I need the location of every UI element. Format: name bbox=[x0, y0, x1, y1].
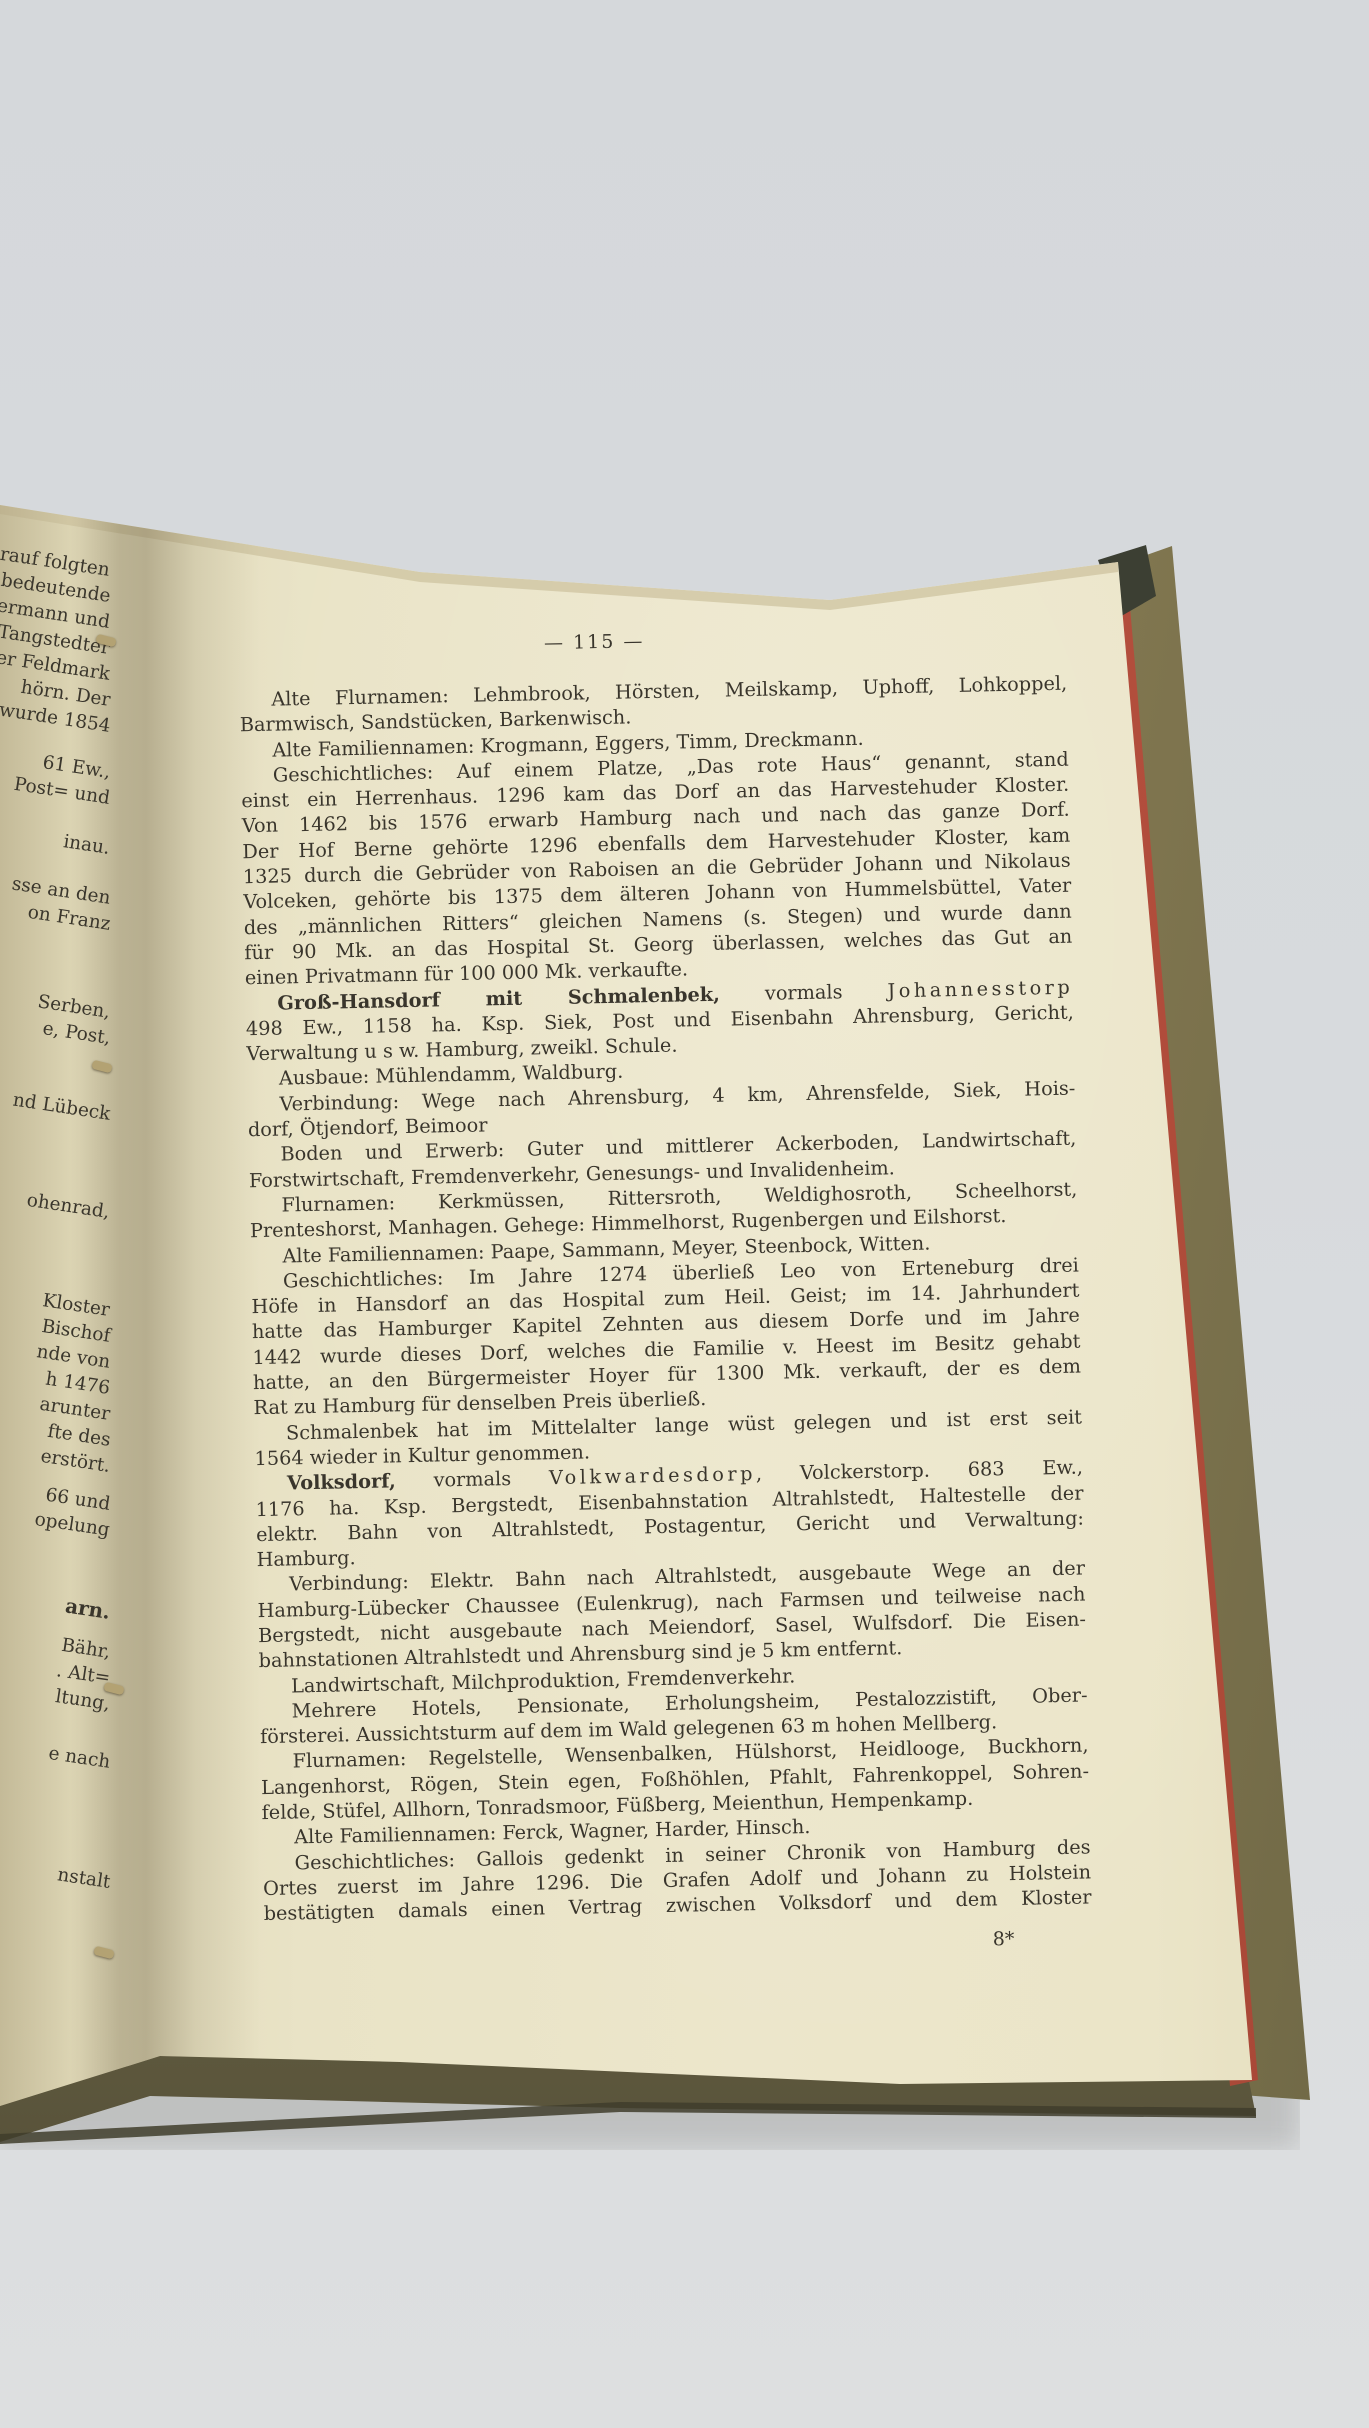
left-page-text-fragment: Bähr, bbox=[60, 1635, 112, 1663]
left-page-text-fragment: e nach bbox=[47, 1743, 111, 1773]
left-page-text-fragment: inau. bbox=[62, 831, 111, 859]
left-page-text-fragment: h 1476 bbox=[44, 1369, 111, 1399]
left-page-text-fragment: fte des bbox=[46, 1421, 112, 1451]
left-page-text-fragment: . Alt= bbox=[55, 1660, 111, 1689]
left-page-text-fragment: ohenrad, bbox=[26, 1190, 112, 1223]
signature-mark: 8* bbox=[264, 1926, 1092, 1965]
left-page-fragments: rauf folgtene bedeutendeermann undTangst… bbox=[0, 0, 118, 2000]
left-page-text-fragment: 66 und bbox=[44, 1484, 111, 1514]
page-number: — 115 — bbox=[180, 623, 1008, 662]
left-page-text-fragment: arn. bbox=[64, 1593, 112, 1623]
right-page: — 115 — Alte Flurnamen: Lehmbrook, Hörst… bbox=[238, 622, 1092, 1965]
left-page-text-fragment: sse an den bbox=[10, 873, 111, 908]
left-page-text-fragment: nd Lübeck bbox=[11, 1090, 111, 1125]
photo-background: rauf folgtene bedeutendeermann undTangst… bbox=[0, 0, 1369, 2428]
left-page-text-fragment: erstört. bbox=[39, 1446, 111, 1477]
left-page-text-fragment: nstalt bbox=[56, 1864, 112, 1893]
page-text: Alte Flurnamen: Lehmbrook, Hörsten, Meil… bbox=[239, 671, 1092, 1927]
left-page-text-fragment: e, Post, bbox=[41, 1018, 112, 1049]
left-page-text-fragment: ltung, bbox=[54, 1686, 111, 1715]
